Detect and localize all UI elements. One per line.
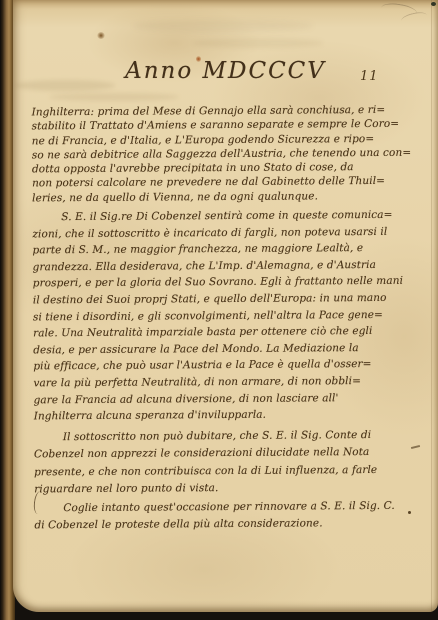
manuscript-line: Inghilterra alcuna speranza d'inviluppar… [34,406,422,425]
page-edge-line [431,0,432,612]
hairline-scratch [380,1,418,19]
photo-background: Anno MDCCCV 11 Inghilterra: prima del Me… [0,0,438,620]
paragraph: S. E. il Sig.re Di Cobenzel sentirà come… [32,207,421,425]
manuscript-line: non potersi calcolare ne prevedere ne da… [32,174,420,191]
ink-bleed-smudge [133,20,313,32]
hairline-scratch [400,10,428,26]
manuscript-line: più efficace, che può usar l'Austria e l… [33,356,421,375]
manuscript-line: riguardare nel loro punto di vista. [34,479,422,499]
paragraph: Coglie intanto quest'occasione per rinno… [34,498,422,535]
manuscript-line: presente, e che non contribuisca con la … [34,461,422,481]
manuscript-line: Cobenzel non apprezzi le considerazioni … [34,444,422,464]
ink-bleed-smudge [49,93,179,101]
manuscript-line: rale. Una Neutralità imparziale basta pe… [33,323,421,342]
page-number: 11 [360,69,379,84]
manuscript-line: di Cobenzel le proteste della più alta c… [34,515,422,535]
paragraph: Il sottoscritto non può dubitare, che S.… [34,426,422,498]
ink-spot [97,32,105,39]
ink-bleed-smudge [193,38,323,48]
manuscript-body: Inghilterra: prima del Mese di Gennajo e… [32,103,423,535]
manuscript-line: Coglie intanto quest'occasione per rinno… [34,498,422,518]
manuscript-line: leries, ne da quello di Vienna, ne da og… [32,188,420,205]
paragraph: Inghilterra: prima del Mese di Gennajo e… [32,103,421,206]
manuscript-line: so ne sarà debitrice alla Saggezza dell'… [32,146,420,163]
manuscript-page: Anno MDCCCV 11 Inghilterra: prima del Me… [13,0,438,612]
